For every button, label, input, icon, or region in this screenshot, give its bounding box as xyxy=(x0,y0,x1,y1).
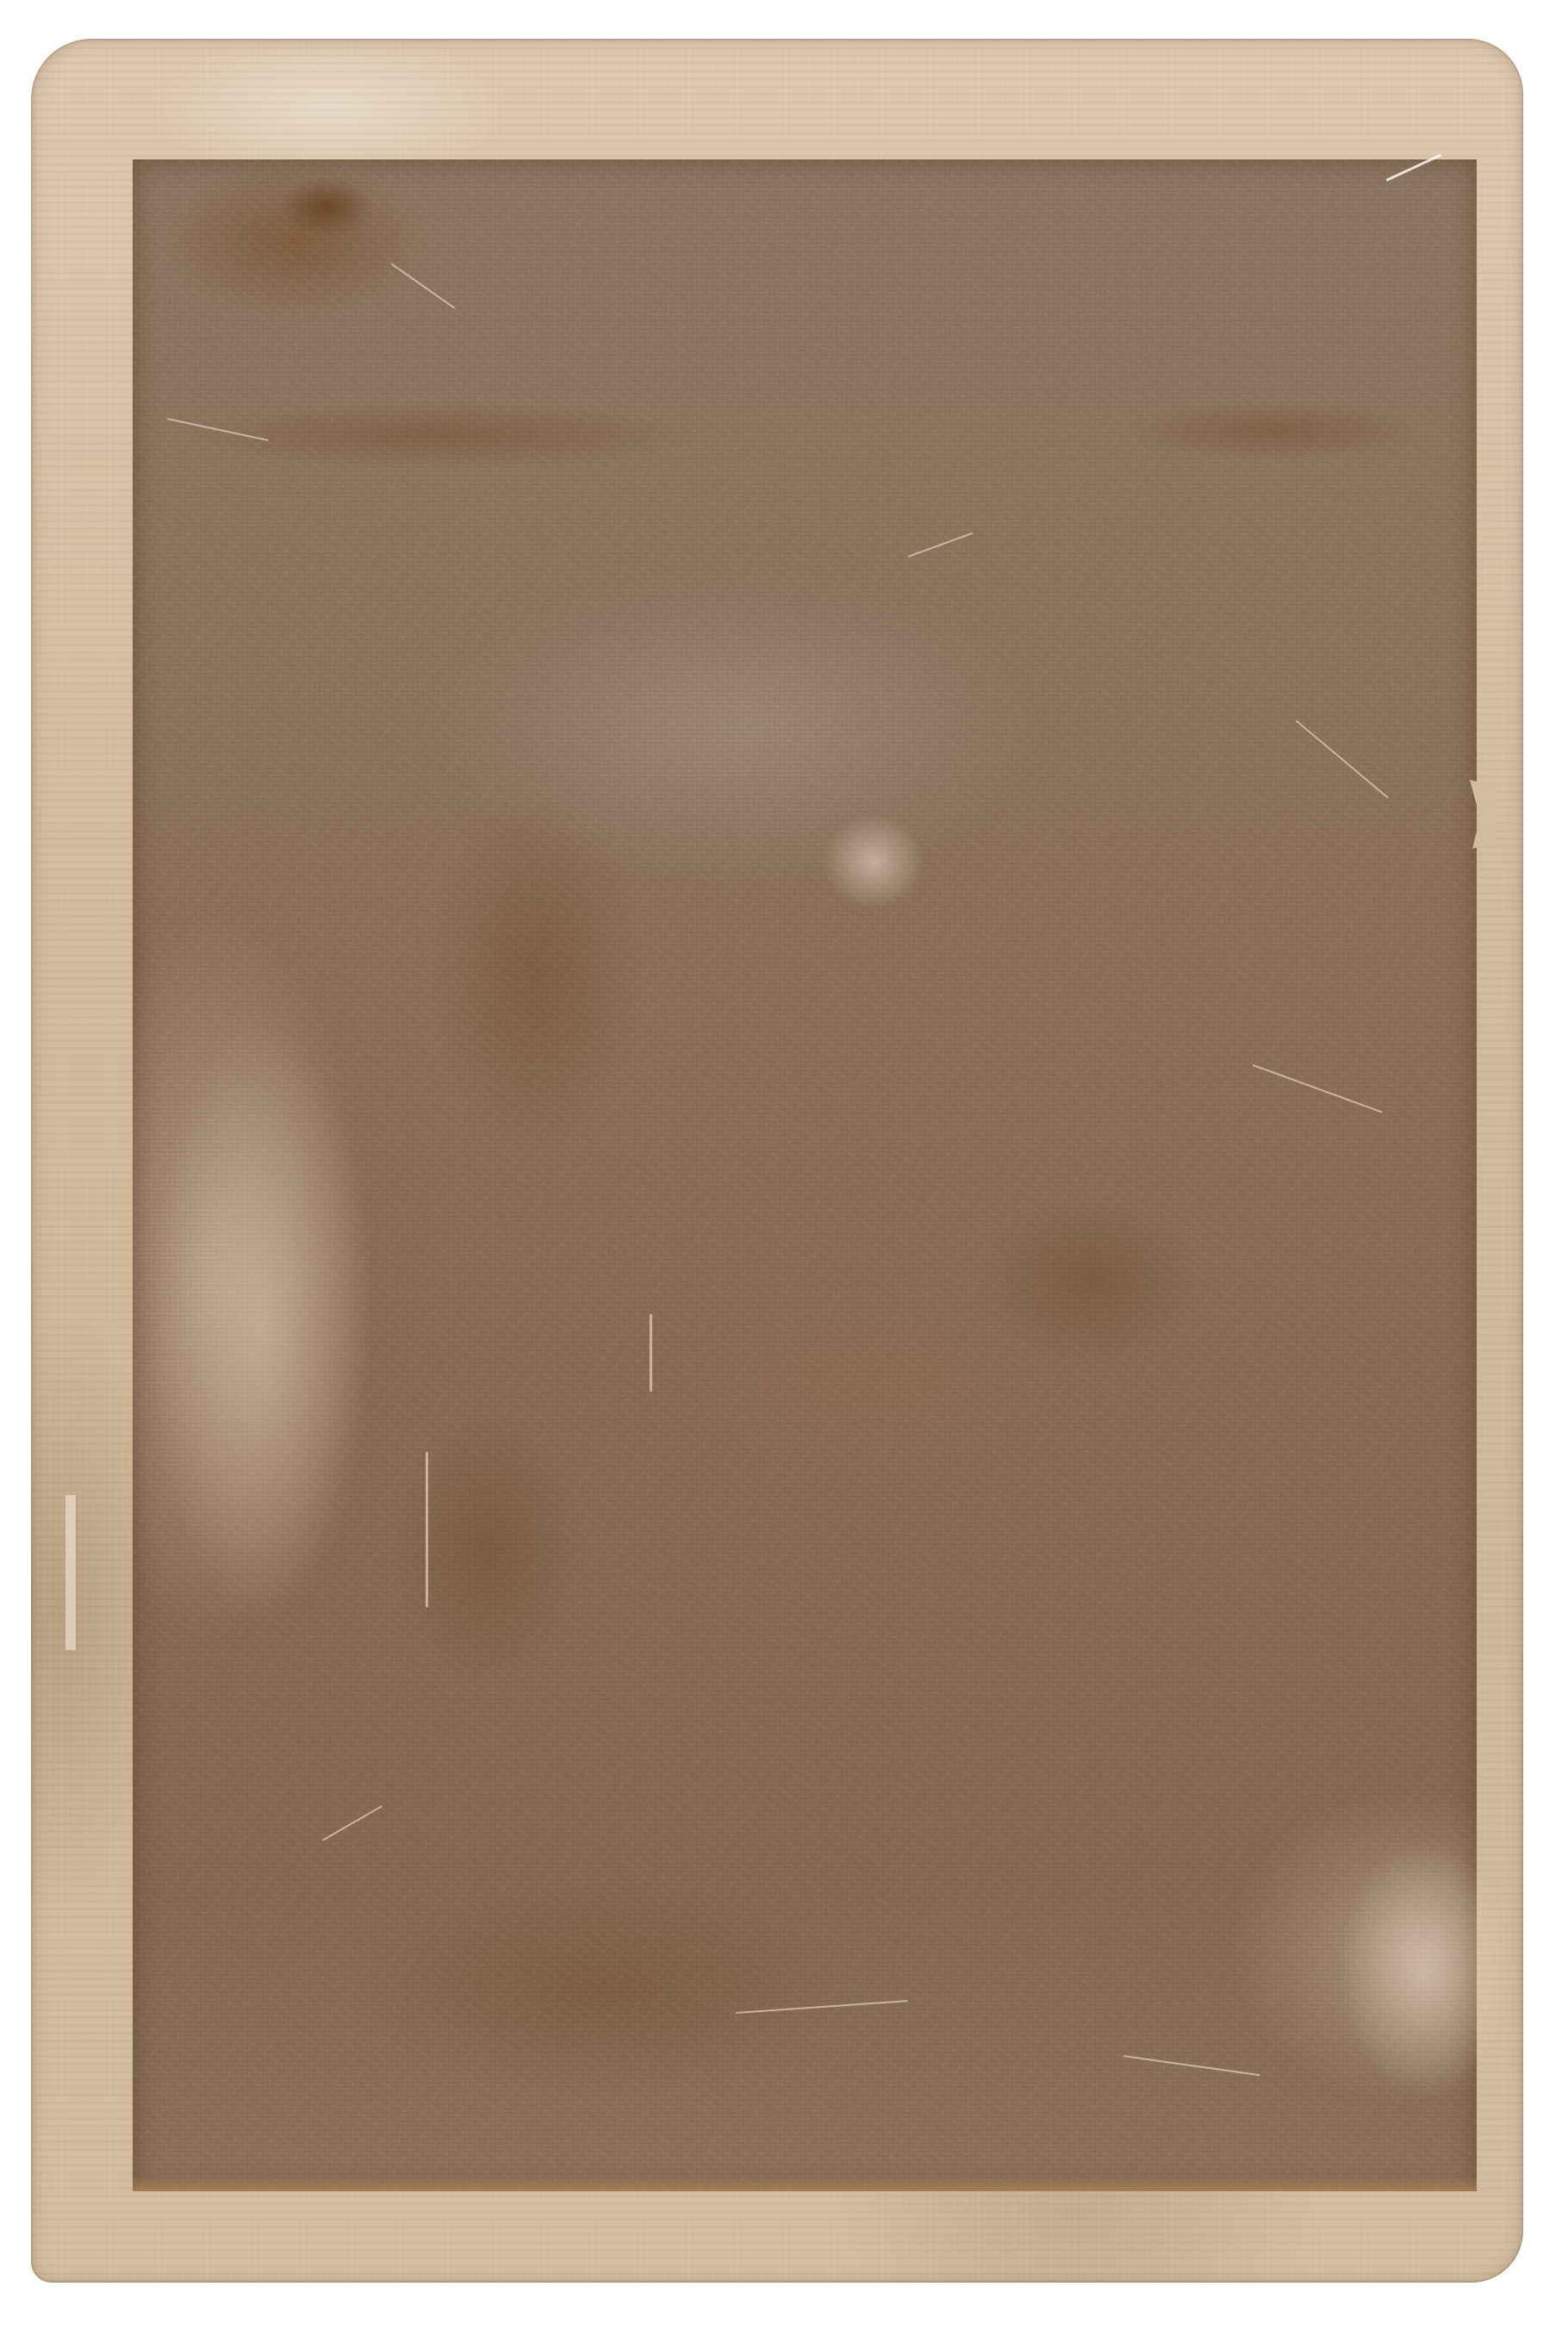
left-edge-tear xyxy=(65,1495,77,1650)
light-scuff xyxy=(1339,1840,1511,2098)
scratch xyxy=(736,2000,908,2014)
inner-photo-panel xyxy=(133,159,1477,2191)
scratch xyxy=(1123,2055,1260,2076)
scratch xyxy=(1295,720,1389,799)
scratch xyxy=(426,1452,428,1607)
light-scuff xyxy=(822,814,925,909)
light-scuff xyxy=(150,1021,374,1624)
scratch xyxy=(1253,1064,1383,1113)
dark-stain xyxy=(279,177,374,237)
scratch xyxy=(167,418,269,441)
dark-stain xyxy=(1123,401,1425,461)
scratch xyxy=(322,1805,383,1841)
scratch xyxy=(650,1314,652,1392)
dark-stain xyxy=(977,1193,1201,1366)
panel-bottom-edge-glint xyxy=(133,2176,1477,2191)
scratch xyxy=(390,263,455,308)
panel-grain-texture xyxy=(133,159,1477,2191)
dark-stain xyxy=(184,401,701,470)
scratch xyxy=(908,533,974,558)
dark-stain xyxy=(391,1409,581,1685)
photo-card xyxy=(31,39,1523,2283)
